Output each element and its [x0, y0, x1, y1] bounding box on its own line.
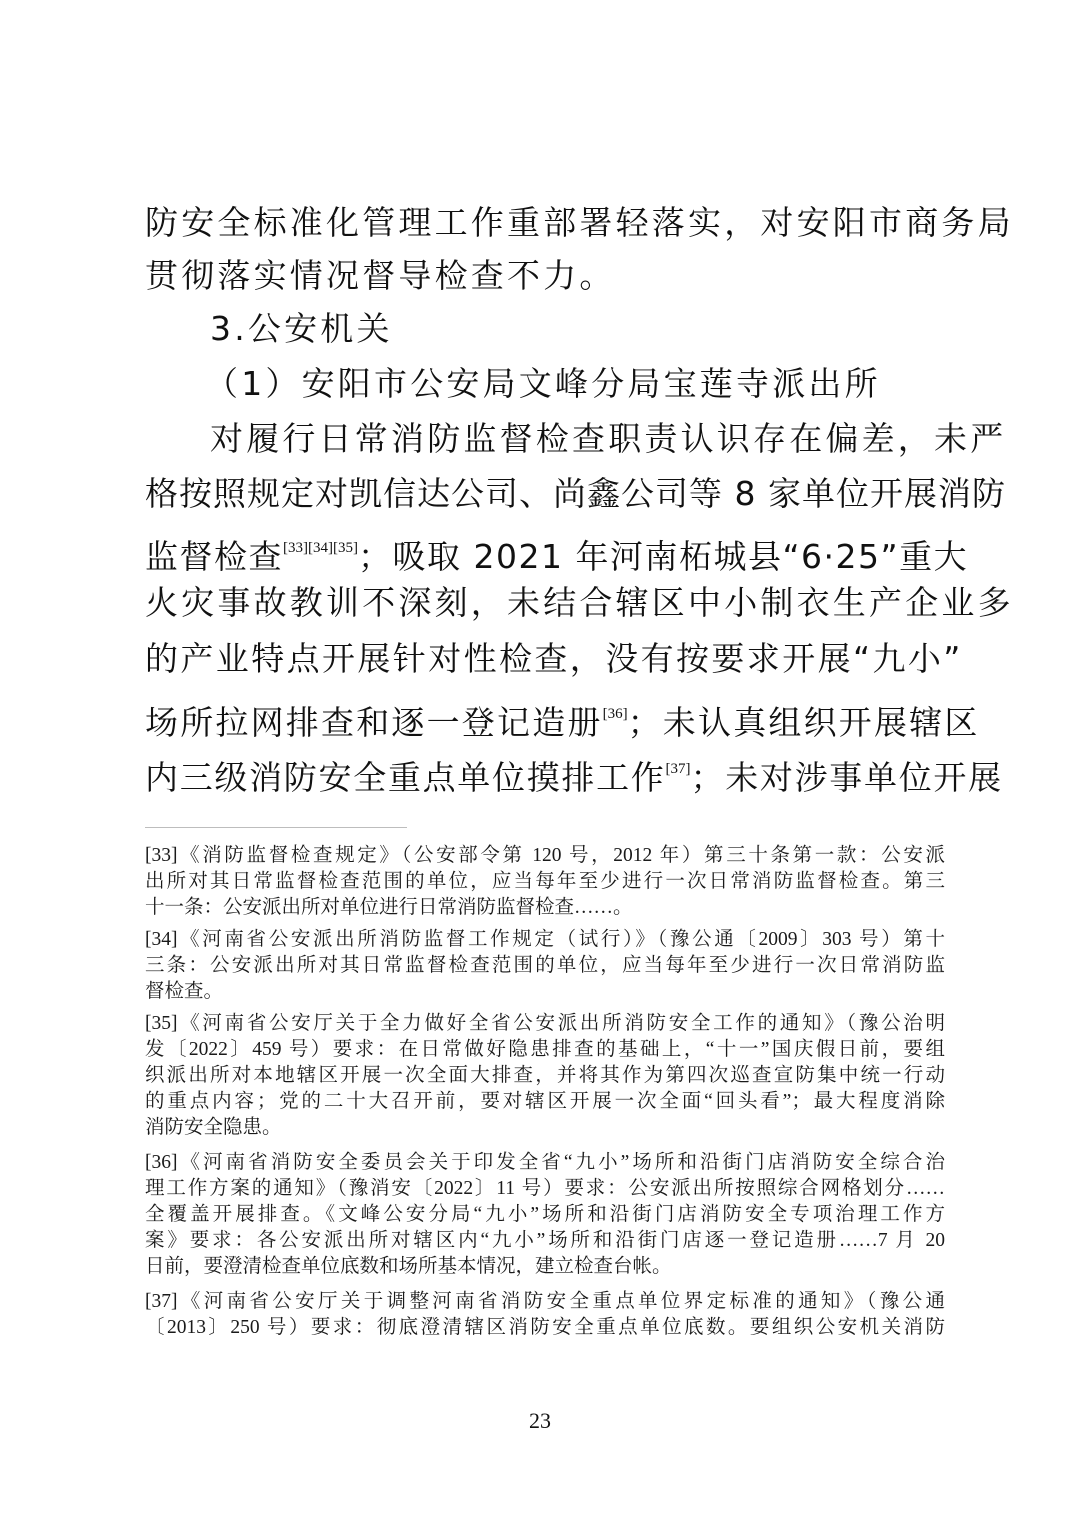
body-line-6: 格按照规定对凯信达公司、尚鑫公司等 8 家单位开展消防 [145, 474, 945, 514]
body-line-7: 监督检查[33][34][35]；吸取 2021 年河南柘城县“6·25”重大 [145, 528, 945, 568]
body-line-10: 场所拉网排查和逐一登记造册[36]；未认真组织开展辖区 [145, 694, 945, 734]
footnote-34-line-3: 督检查。 [145, 980, 945, 1003]
footnote-36-line-1: [36]《河南省消防安全委员会关于印发全省“九小”场所和沿街门店消防安全综合治 [145, 1151, 945, 1174]
footnote-34-line-2: 三条：公安派出所对其日常监督检查范围的单位，应当每年至少进行一次日常消防监 [145, 954, 945, 977]
footnote-ref-37[interactable]: [37] [666, 761, 691, 777]
footnote-35-line-1: [35]《河南省公安厅关于全力做好全省公安派出所消防安全工作的通知》（豫公治明 [145, 1012, 945, 1035]
footnote-ref-36[interactable]: [36] [603, 706, 628, 722]
document-page: 防安全标准化管理工作重部署轻落实，对安阳市商务局 贯彻落实情况督导检查不力。 3… [0, 0, 1080, 1526]
page-number: 23 [510, 1408, 570, 1434]
body-text: 内三级消防安全重点单位摸排工作 [145, 758, 666, 797]
subsection-heading-baoliansi-police-station: （1）安阳市公安局文峰分局宝莲寺派出所 [205, 364, 1005, 404]
footnote-37-line-1: [37]《河南省公安厅关于调整河南省消防安全重点单位界定标准的通知》（豫公通 [145, 1290, 945, 1313]
footnote-divider [145, 827, 407, 828]
footnote-36-line-4: 案》要求：各公安派出所对辖区内“九小”场所和沿街门店逐一登记造册……7 月 20 [145, 1229, 945, 1252]
footnote-33-line-1: [33]《消防监督检查规定》（公安部令第 120 号，2012 年）第三十条第一… [145, 844, 945, 867]
footnote-35-line-5: 消防安全隐患。 [145, 1116, 945, 1139]
footnote-37-line-2: 〔2013〕250 号）要求：彻底澄清辖区消防安全重点单位底数。要组织公安机关消… [145, 1316, 945, 1339]
footnote-33-line-3: 十一条：公安派出所对单位进行日常消防监督检查……。 [145, 896, 945, 919]
body-line-8: 火灾事故教训不深刻，未结合辖区中小制衣生产企业多 [145, 583, 945, 623]
footnote-36-line-5: 日前，要澄清检查单位底数和场所基本情况，建立检查台帐。 [145, 1255, 945, 1278]
body-text: 场所拉网排查和逐一登记造册 [145, 703, 603, 742]
section-heading-public-security: 3.公安机关 [210, 309, 1010, 349]
footnote-35-line-3: 织派出所对本地辖区开展一次全面大排查，并将其作为第四次巡查宣防集中统一行动 [145, 1064, 945, 1087]
footnote-35-line-2: 发〔2022〕459 号）要求：在日常做好隐患排查的基础上，“十一”国庆假日前，… [145, 1038, 945, 1061]
body-line-9: 的产业特点开展针对性检查，没有按要求开展“九小” [145, 639, 945, 679]
footnote-34-line-1: [34]《河南省公安派出所消防监督工作规定（试行）》（豫公通〔2009〕303 … [145, 928, 945, 951]
body-text: 监督检查 [145, 537, 283, 576]
body-line-5: 对履行日常消防监督检查职责认识存在偏差，未严 [210, 419, 945, 459]
body-line-1: 防安全标准化管理工作重部署轻落实，对安阳市商务局 [145, 203, 945, 243]
body-text: ；吸取 2021 年河南柘城县“6·25”重大 [358, 537, 968, 576]
footnote-ref-33-34-35[interactable]: [33][34][35] [283, 540, 358, 556]
body-line-11: 内三级消防安全重点单位摸排工作[37]；未对涉事单位开展 [145, 749, 945, 789]
body-line-2: 贯彻落实情况督导检查不力。 [145, 256, 945, 296]
body-text: ；未对涉事单位开展 [691, 758, 1003, 797]
footnote-33-line-2: 出所对其日常监督检查范围的单位，应当每年至少进行一次日常消防监督检查。第三 [145, 870, 945, 893]
footnote-36-line-2: 理工作方案的通知》（豫消安〔2022〕11 号）要求：公安派出所按照综合网格划分… [145, 1177, 945, 1200]
footnote-35-line-4: 的重点内容；党的二十大召开前，要对辖区开展一次全面“回头看”；最大程度消除 [145, 1090, 945, 1113]
footnote-36-line-3: 全覆盖开展排查。《文峰公安分局“九小”场所和沿街门店消防安全专项治理工作方 [145, 1203, 945, 1226]
body-text: ；未认真组织开展辖区 [628, 703, 980, 742]
